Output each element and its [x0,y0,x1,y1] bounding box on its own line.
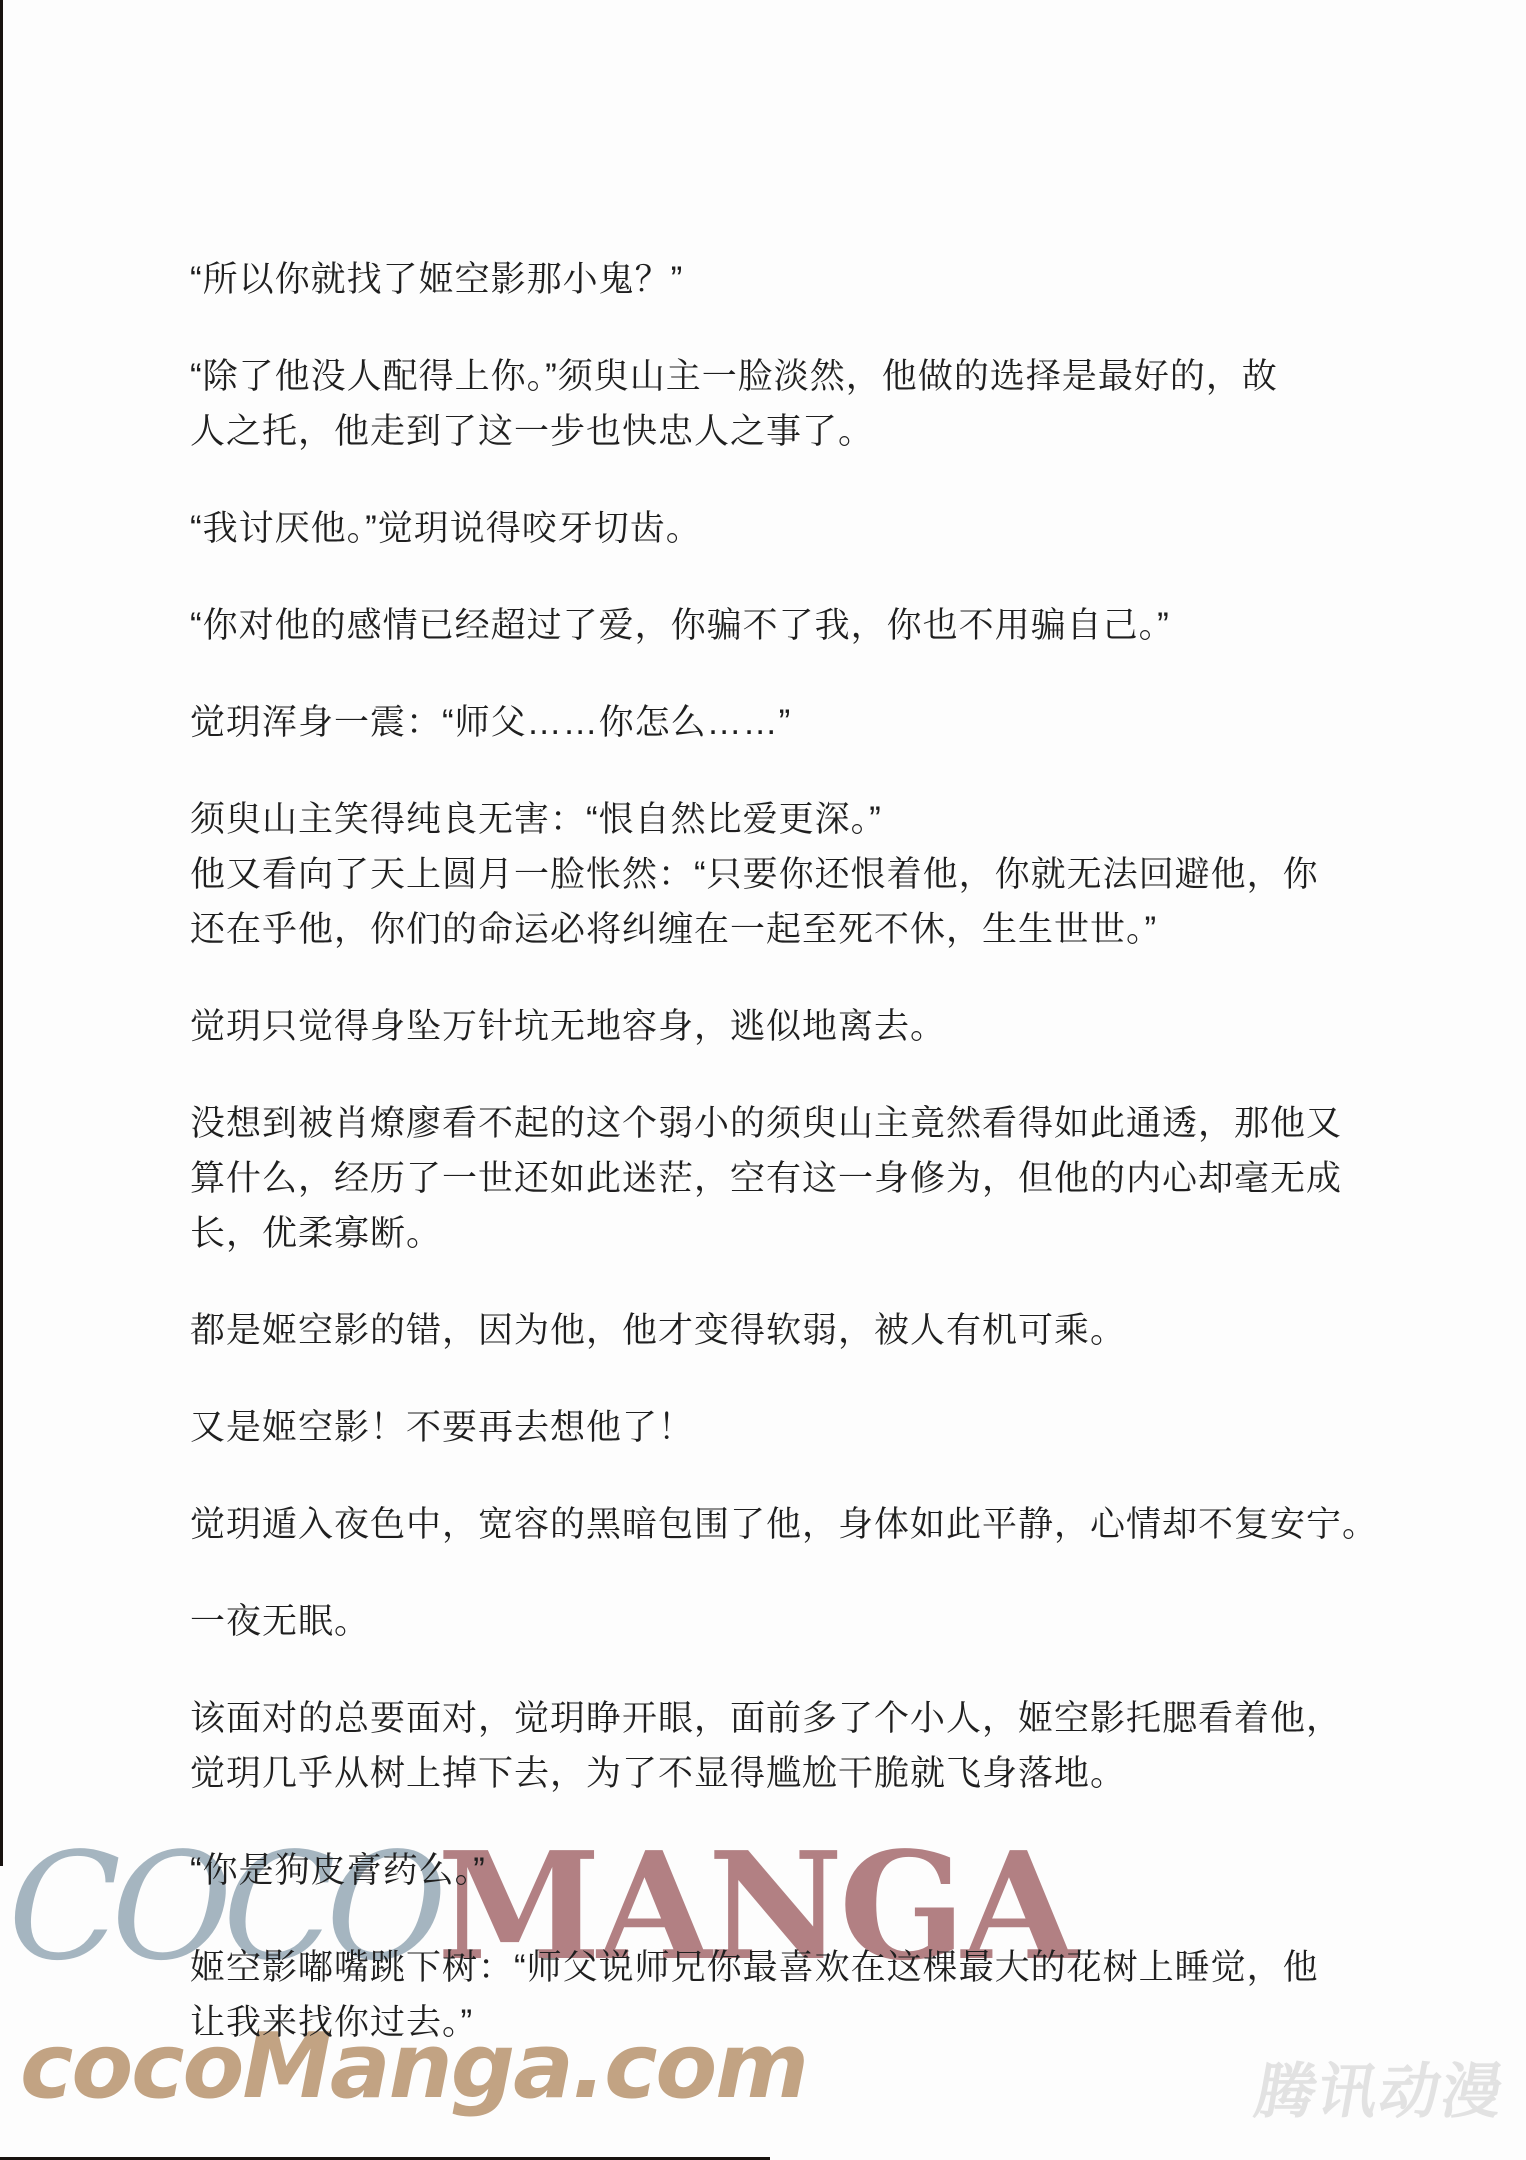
paragraph: 该面对的总要面对，觉玥睁开眼，面前多了个小人，姬空影托腮看着他， 觉玥几乎从树上… [190,1691,1410,1801]
paragraph: 须臾山主笑得纯良无害：“恨自然比爱更深。” 他又看向了天上圆月一脸怅然：“只要你… [190,792,1410,957]
novel-text-body: “所以你就找了姬空影那小鬼？” “除了他没人配得上你。”须臾山主一脸淡然，他做的… [190,252,1410,2092]
paragraph: “你是狗皮膏药么。” [190,1843,1410,1898]
paragraph: 觉玥浑身一震：“师父……你怎么……” [190,695,1410,750]
paragraph: “你对他的感情已经超过了爱，你骗不了我，你也不用骗自己。” [190,598,1410,653]
paragraph: “我讨厌他。”觉玥说得咬牙切齿。 [190,501,1410,556]
paragraph: 没想到被肖燎廖看不起的这个弱小的须臾山主竟然看得如此通透，那他又 算什么，经历了… [190,1096,1410,1261]
page-left-border [0,0,3,1866]
paragraph: 一夜无眠。 [190,1594,1410,1649]
paragraph: 都是姬空影的错，因为他，他才变得软弱，被人有机可乘。 [190,1303,1410,1358]
paragraph: “除了他没人配得上你。”须臾山主一脸淡然，他做的选择是最好的，故 人之托，他走到… [190,349,1410,459]
paragraph: 姬空影嘟嘴跳下树：“师父说师兄你最喜欢在这棵最大的花树上睡觉，他 让我来找你过去… [190,1940,1410,2050]
paragraph: 觉玥只觉得身坠万针坑无地容身，逃似地离去。 [190,999,1410,1054]
novel-page: COCOMANGA “所以你就找了姬空影那小鬼？” “除了他没人配得上你。”须臾… [0,0,1526,2160]
paragraph: 又是姬空影！不要再去想他了！ [190,1400,1410,1455]
paragraph: “所以你就找了姬空影那小鬼？” [190,252,1410,307]
paragraph: 觉玥遁入夜色中，宽容的黑暗包围了他，身体如此平静，心情却不复安宁。 [190,1497,1410,1552]
